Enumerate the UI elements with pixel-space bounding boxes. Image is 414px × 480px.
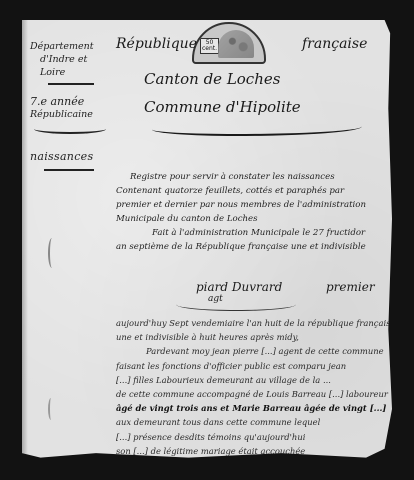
signature-1: piard Duvrard xyxy=(196,280,282,294)
stamp-emblem-icon xyxy=(218,30,254,58)
department-name-line-2: Loire xyxy=(30,66,110,79)
act-line: [...] filles Labourieux demeurant au vil… xyxy=(116,373,392,387)
margin-annotations: Département d'Indre et Loire 7.e année R… xyxy=(30,40,110,171)
act-line: une et indivisible à huit heures après m… xyxy=(116,330,392,344)
year-label-line-2: Républicaine xyxy=(30,108,110,121)
binding-shadow xyxy=(22,20,28,462)
register-page: Département d'Indre et Loire 7.e année R… xyxy=(22,20,392,462)
preamble-line: Contenant quatorze feuillets, cottés et … xyxy=(116,184,388,198)
signature-flourish xyxy=(176,298,296,311)
header-commune: Commune d'Hipolite xyxy=(144,98,301,116)
margin-flourish xyxy=(34,124,106,134)
act-line: Barreau son épouse de légitime mariage [… xyxy=(116,458,392,472)
header-francaise: française xyxy=(302,36,367,52)
preamble-line: an septième de la République française u… xyxy=(116,240,388,254)
header-flourish xyxy=(152,120,362,136)
signature-2: premier xyxy=(326,280,375,294)
act-line: aux demeurant tous dans cette commune le… xyxy=(116,415,392,429)
margin-ink-mark xyxy=(48,238,56,268)
section-underline xyxy=(44,169,94,171)
stamp-value: 50 cent. xyxy=(200,38,219,54)
year-label: 7.e année xyxy=(30,95,110,108)
preamble-line: Registre pour servir à constater les nai… xyxy=(116,170,388,184)
preamble-text: Registre pour servir à constater les nai… xyxy=(116,170,388,254)
signatures: piard Duvrard agt premier xyxy=(116,280,388,308)
birth-act-text: aujourd'huy Sept vendemiaire l'an huit d… xyxy=(116,316,392,480)
preamble-line: Municipale du canton de Loches xyxy=(116,212,388,226)
act-line: aujourd'huy Sept vendemiaire l'an huit d… xyxy=(116,316,392,330)
margin-rule xyxy=(48,83,94,85)
act-line: faisant les fonctions d'officier public … xyxy=(116,359,392,373)
department-name-line-1: d'Indre et xyxy=(30,53,110,66)
act-line: [...] présence desdits témoins qu'aujour… xyxy=(116,430,392,444)
act-line: d'hier à [...] heures après midy d'une f… xyxy=(116,472,392,480)
header-republique: République xyxy=(116,36,197,52)
preamble-line: premier et dernier par nous membres de l… xyxy=(116,198,388,212)
act-line: de cette commune accompagné de Louis Bar… xyxy=(116,387,392,401)
section-title: naissances xyxy=(30,150,110,163)
margin-ink-mark xyxy=(48,398,54,420)
preamble-line: Fait à l'administration Municipale le 27… xyxy=(116,226,388,240)
act-line: Pardevant moy jean pierre [...] agent de… xyxy=(116,344,392,358)
header-canton: Canton de Loches xyxy=(144,70,280,88)
act-line: son [...] de légitime mariage était acco… xyxy=(116,444,392,458)
act-line: âgé de vingt trois ans et Marie Barreau … xyxy=(116,401,392,415)
tax-stamp: 50 cent. xyxy=(192,22,266,64)
department-label: Département xyxy=(30,40,110,53)
